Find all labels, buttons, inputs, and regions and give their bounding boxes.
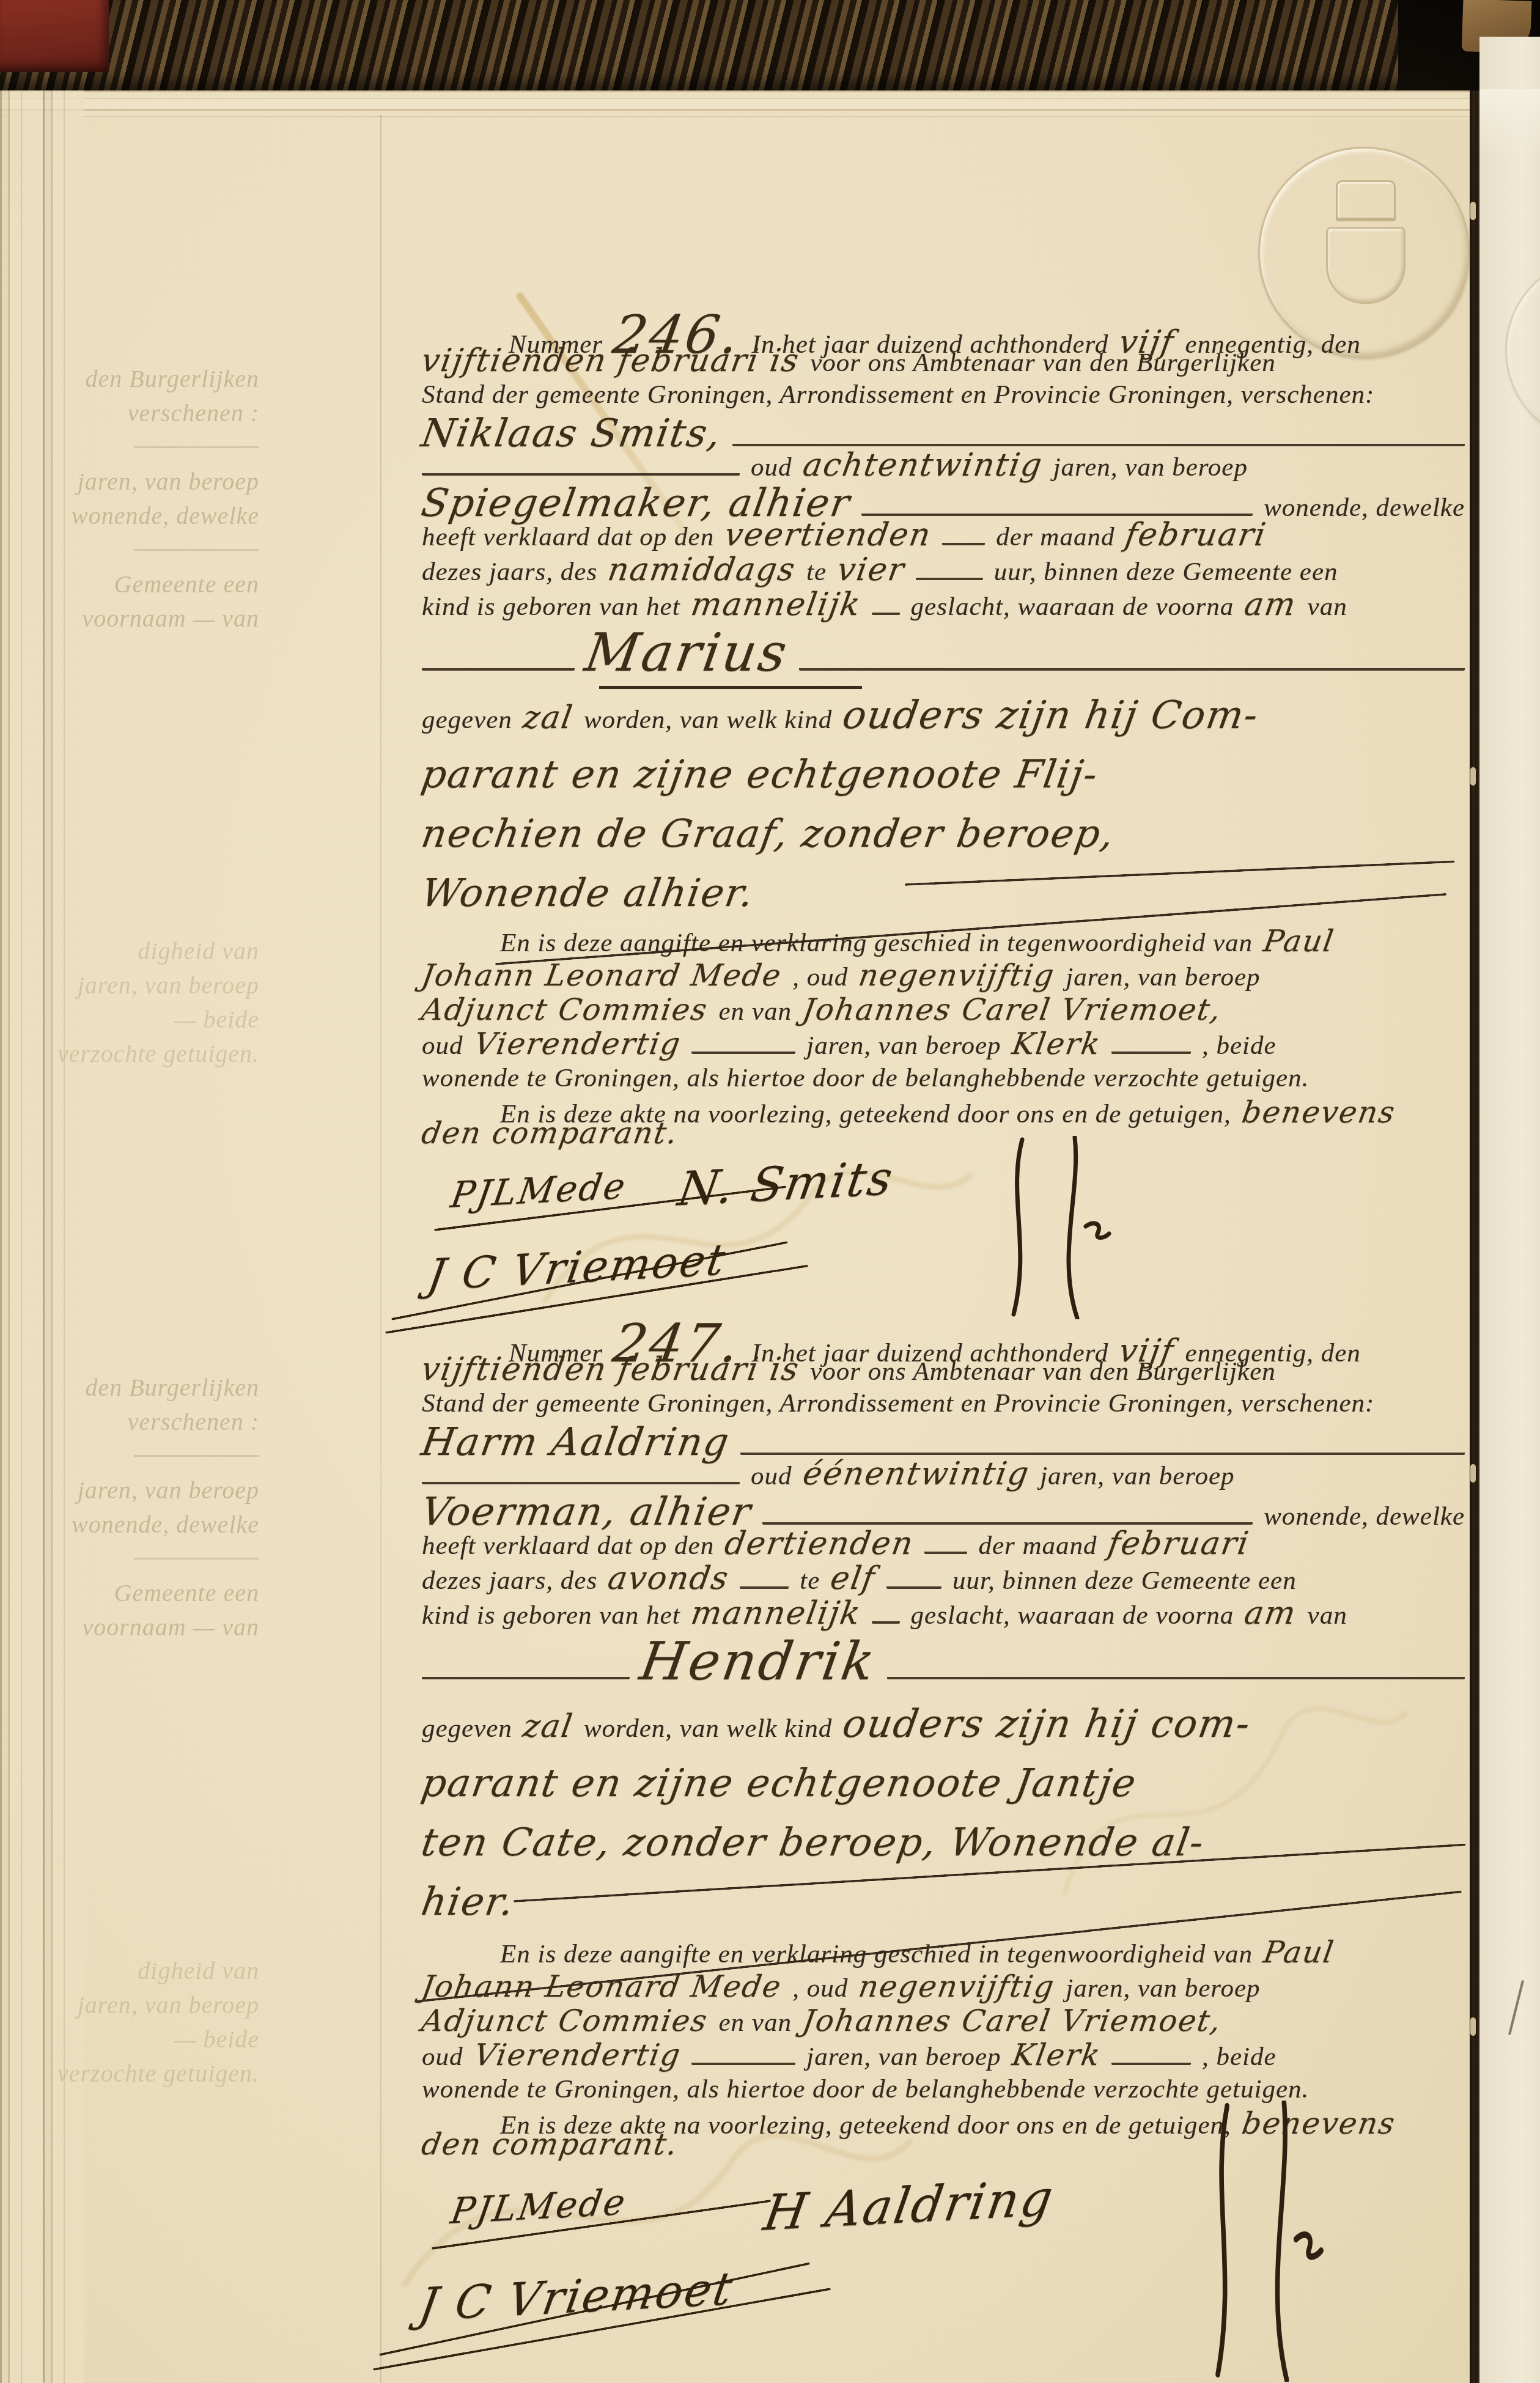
fill-rule [740,1449,1465,1455]
handwritten-text: namiddags [606,556,797,584]
handwritten-text: vijf [1117,1337,1176,1366]
showthrough-line: digheid van [32,1954,259,1988]
form-line: Johann Leonard Mede, oudnegenvijftigjare… [422,1973,1465,2008]
fill-rule [422,665,575,671]
showthrough-line: Gemeente een [32,1576,259,1610]
handwritten-text: den comparant. [420,1120,680,1147]
showthrough-text-block: digheid vanjaren, van beroep— beideverzo… [32,934,259,1071]
handwritten-text: Vierendertig [472,2042,683,2069]
signature-witness-vriemoet: J C Vriemoet [416,2266,737,2328]
showthrough-line [134,1558,259,1560]
form-line: gegevenzalworden, van welk kindouders zi… [422,698,1465,757]
form-line: oudVierendertigjaren, van beroepKlerk, b… [422,1031,1465,1065]
showthrough-line: — beide [32,2022,259,2057]
form-line: heeft verklaard dat op denveertiendender… [422,521,1465,556]
entry-246-parents-lines: gegevenzalworden, van welk kindouders zi… [422,698,1465,935]
handwritten-text: Hendrik [637,1638,880,1685]
showthrough-line [134,549,259,551]
handwritten-text: Johannes Carel Vriemoet, [800,2008,1223,2035]
printed-text: geslacht, waaraan de voorna [911,1602,1234,1629]
form-line: heeft verklaard dat op dendertiendender … [422,1530,1465,1564]
form-line: Marius [422,630,1465,665]
form-line: dezes jaars, desnamiddagstevieruur, binn… [422,556,1465,591]
handwritten-text: Paul [1262,928,1336,955]
handwritten-text: veertienden [723,521,934,550]
printed-text: jaren, van beroep [806,1033,1001,1059]
handwritten-text: Adjunct Commies [420,996,710,1023]
gutter-stitch [1470,1464,1476,1482]
gutter-stitch [1470,767,1476,786]
printed-text: oud [422,2044,463,2070]
handwritten-text: mannelijk [689,591,863,619]
printed-text: van [1308,594,1347,620]
handwritten-text: vijftienden februari is [419,1355,801,1384]
fill-rule [872,1618,900,1624]
handwritten-text: vijftienden februari is [419,347,801,375]
form-line: Nummer247.In het jaar duizend achthonder… [422,1320,1465,1355]
printed-text: van [1308,1602,1347,1629]
showthrough-line: verzochte getuigen. [32,2057,259,2091]
signature-witness-mede: PJLMede [449,2184,630,2229]
handwritten-text: Paul [1262,1939,1336,1966]
handwritten-text: zal [521,704,575,732]
showthrough-line [134,446,259,448]
printed-text: dezes jaars, des [422,1567,597,1594]
printed-text: kind is geboren van het [422,1602,680,1629]
form-line: Spiegelmaker, alhierwonende, dewelke [422,486,1465,521]
printed-text: oud [422,1033,463,1059]
printed-text: te [806,559,827,585]
showthrough-line: voornaam — van [32,602,259,636]
handwritten-text: Wonende alhier. [419,876,757,911]
handwritten-text: achtentwintig [801,451,1045,480]
fill-rule [799,665,1465,671]
fill-rule [924,1548,967,1554]
printed-text: en van [719,998,792,1025]
handwritten-text: éénentwintig [801,1460,1031,1489]
printed-text: uur, binnen deze Gemeente een [952,1567,1297,1594]
form-line: parant en zijne echtgenoote Jantje [422,1766,1465,1825]
handwritten-text: vier [835,556,907,584]
scanned-register-page: { "palette":{"paper":"#ecdfc1","paper_ri… [0,0,1540,2383]
gutter-stitch [1470,2017,1476,2036]
form-line: Johann Leonard Mede, oudnegenvijftigjare… [422,962,1465,996]
printed-text: der maand [978,1533,1097,1559]
form-line: kind is geboren van hetmannelijkgeslacht… [422,591,1465,625]
printed-text: heeft verklaard dat op den [422,524,714,550]
handwritten-text: nechien de Graaf, zonder beroep, [419,817,1118,852]
form-line: Voerman, alhierwonende, dewelke [422,1495,1465,1530]
fill-rule [886,1583,941,1589]
fill-rule [942,539,985,545]
showthrough-line: — beide [32,1003,259,1037]
printed-text: Stand der gemeente Groningen, Arrondisse… [422,1390,1374,1416]
fill-rule [422,1673,630,1679]
showthrough-line: jaren, van beroep [32,465,259,499]
handwritten-text: parant en zijne echtgenoote Jantje [419,1766,1140,1801]
printed-text: uur, binnen deze Gemeente een [994,559,1338,585]
printed-text: geslacht, waaraan de voorna [911,594,1234,620]
printed-text: kind is geboren van het [422,594,680,620]
fill-rule [872,609,900,615]
showthrough-line: jaren, van beroep [32,968,259,1003]
fill-rule [1111,1048,1191,1054]
handwritten-text: Voerman, alhier [419,1495,754,1530]
vertical-crease [380,115,381,2383]
showthrough-text-block: den Burgerlijkenverschenen :jaren, van b… [32,362,259,636]
form-line: Adjunct Commiesen vanJohannes Carel Vrie… [422,996,1465,1031]
showthrough-line: wonende, dewelke [32,1508,259,1542]
printed-text: te [800,1567,820,1594]
form-line: oudVierendertigjaren, van beroepKlerk, b… [422,2042,1465,2076]
printed-text: dezes jaars, des [422,559,597,585]
printed-text: Stand der gemeente Groningen, Arrondisse… [422,381,1374,408]
handwritten-text: dertienden [723,1530,916,1558]
printed-text: wonende te Groningen, als hiertoe door d… [422,1065,1309,1091]
handwritten-text: Harm Aaldring [419,1425,732,1460]
printed-text: jaren, van beroep [1053,454,1248,481]
printed-text: jaren, van beroep [1040,1463,1234,1489]
fill-rule [1111,2059,1191,2065]
handwritten-text: Adjunct Commies [420,2008,710,2035]
handwritten-text: ouders zijn hij Com- [841,698,1261,733]
handwritten-text: Vierendertig [472,1031,683,1058]
form-line: den comparant. [422,1120,1465,1154]
form-line: Hendrik [422,1638,1465,1673]
fill-rule [861,510,1253,516]
entry-246-form-lines: Nummer246.In het jaar duizend achthonder… [422,312,1465,625]
handwritten-text: ten Cate, zonder beroep, Wonende al- [419,1825,1207,1860]
showthrough-line: Gemeente een [32,567,259,602]
fill-rule [691,1048,795,1054]
handwritten-text: februari [1106,1530,1251,1558]
page-stack-top-edges [0,90,1470,119]
showthrough-text-block: den Burgerlijkenverschenen :jaren, van b… [32,1371,259,1645]
birth-record-entry-246: Nummer246.In het jaar duizend achthonder… [422,312,1465,1320]
handwritten-text: am [1243,1599,1299,1628]
showthrough-line [134,1455,259,1457]
official-paraph-icon [984,1136,1131,1319]
printed-text: En is deze aangifte en verklaring geschi… [500,930,1253,956]
handwritten-text: vijf [1117,328,1176,357]
fill-rule [740,1583,789,1589]
handwritten-text: mannelijk [689,1599,863,1628]
facing-page-top-highlight [1479,89,1540,157]
gutter-stitch [1470,202,1476,220]
form-line: kind is geboren van hetmannelijkgeslacht… [422,1599,1465,1634]
birth-record-entry-247: Nummer247.In het jaar duizend achthonder… [422,1320,1465,2383]
form-line: Nummer246.In het jaar duizend achthonder… [422,312,1465,347]
printed-text: wonende, dewelke [1264,495,1465,521]
handwritten-text: Spiegelmaker, alhier [419,486,853,521]
showthrough-line: voornaam — van [32,1610,259,1645]
printed-text: voor ons Ambtenaar van den Burgerlijken [810,1358,1276,1385]
entry-247-form-lines: Nummer247.In het jaar duizend achthonder… [422,1320,1465,1634]
printed-text: jaren, van beroep [1066,964,1260,990]
showthrough-line: jaren, van beroep [32,1988,259,2022]
book-binding-marbled-strip [0,0,1540,92]
entry-247-childname-line: Hendrik [422,1638,1465,1673]
handwritten-text: zal [521,1712,575,1741]
printed-text: En is deze aangifte en verklaring geschi… [500,1941,1253,1967]
fill-rule [422,470,740,476]
signature-declarant-smits: N. Smits [675,1154,897,1212]
showthrough-line: digheid van [32,934,259,968]
printed-text: worden, van welk kind [584,707,832,733]
printed-text: wonende, dewelke [1264,1503,1465,1530]
printed-text: wonende te Groningen, als hiertoe door d… [422,2076,1309,2102]
form-line: En is deze aangifte en verklaring geschi… [422,928,1465,962]
printed-text: , oud [792,1975,848,2002]
printed-text: gegeven [422,1715,512,1742]
showthrough-text-block: digheid vanjaren, van beroep— beideverzo… [32,1954,259,2091]
showthrough-line: wonende, dewelke [32,499,259,533]
handwritten-text: Klerk [1010,1031,1102,1058]
showthrough-line: verschenen : [32,396,259,430]
handwritten-text: februari [1124,521,1269,550]
signature-witness-mede: PJLMede [449,1168,630,1213]
fill-rule [887,1673,1465,1679]
form-line: parant en zijne echtgenoote Flij- [422,757,1465,817]
showthrough-line: den Burgerlijken [32,1371,259,1405]
form-line: En is deze aangifte en verklaring geschi… [422,1939,1465,1973]
spine-leather-corner [0,0,109,72]
showthrough-line: verschenen : [32,1405,259,1439]
printed-text: , beide [1202,2044,1277,2070]
printed-text: der maand [996,524,1114,550]
printed-text: oud [751,454,792,481]
form-line: Adjunct Commiesen vanJohannes Carel Vrie… [422,2008,1465,2042]
handwritten-text: am [1243,591,1299,619]
handwritten-text: Johann Leonard Mede [420,962,784,989]
handwritten-text: negenvijftig [857,1973,1057,2000]
entry-246-childname-line: Marius [422,630,1465,665]
printed-text: oud [751,1463,792,1489]
handwritten-text: Niklaas Smits, [419,416,724,451]
binding-gutter [1470,90,1479,2383]
printed-text: voor ons Ambtenaar van den Burgerlijken [810,350,1276,376]
handwritten-text: negenvijftig [857,962,1057,989]
handwritten-text: hier. [419,1885,517,1920]
handwritten-text: parant en zijne echtgenoote Flij- [419,757,1101,792]
handwritten-text: Johann Leonard Mede [420,1973,784,2000]
printed-text: heeft verklaard dat op den [422,1533,714,1559]
handwritten-text: Johannes Carel Vriemoet, [800,996,1223,1023]
fill-rule [762,1519,1253,1525]
handwritten-text: elf [829,1564,878,1593]
childname-second-underline [599,686,862,689]
fill-rule [916,574,983,580]
handwritten-text: Klerk [1010,2042,1102,2069]
signature-declarant-aaldring: H Aaldring [761,2173,1058,2238]
entry-246-witness-lines: En is deze aangifte en verklaring geschi… [422,928,1465,1133]
form-line: wonende te Groningen, als hiertoe door d… [422,1065,1465,1099]
official-paraph-icon [1186,2101,1345,2382]
signature-witness-vriemoet: J C Vriemoet [425,1238,730,1297]
fill-rule [422,1478,740,1484]
showthrough-line: den Burgerlijken [32,362,259,396]
showthrough-line: jaren, van beroep [32,1473,259,1508]
printed-text: en van [719,2009,792,2036]
form-line: Harm Aaldring [422,1425,1465,1460]
handwritten-text: avonds [606,1564,731,1593]
form-line: Niklaas Smits, [422,416,1465,451]
handwritten-text: Marius [582,630,792,677]
printed-text: jaren, van beroep [806,2044,1001,2070]
handwritten-text: den comparant. [420,2131,680,2158]
printed-text: , beide [1202,1033,1277,1059]
showthrough-line: verzochte getuigen. [32,1037,259,1071]
form-line: dezes jaars, desavondsteelfuur, binnen d… [422,1564,1465,1599]
printed-text: gegeven [422,707,512,733]
fill-rule [691,2059,795,2065]
entry-246-closing-line: den comparant. [422,1120,1465,1154]
handwritten-text: ouders zijn hij com- [841,1707,1254,1742]
form-line: gegevenzalworden, van welk kindouders zi… [422,1707,1465,1766]
printed-text: jaren, van beroep [1066,1975,1260,2002]
printed-text: worden, van welk kind [584,1715,832,1742]
fill-rule [732,440,1465,446]
printed-text: , oud [792,964,848,990]
